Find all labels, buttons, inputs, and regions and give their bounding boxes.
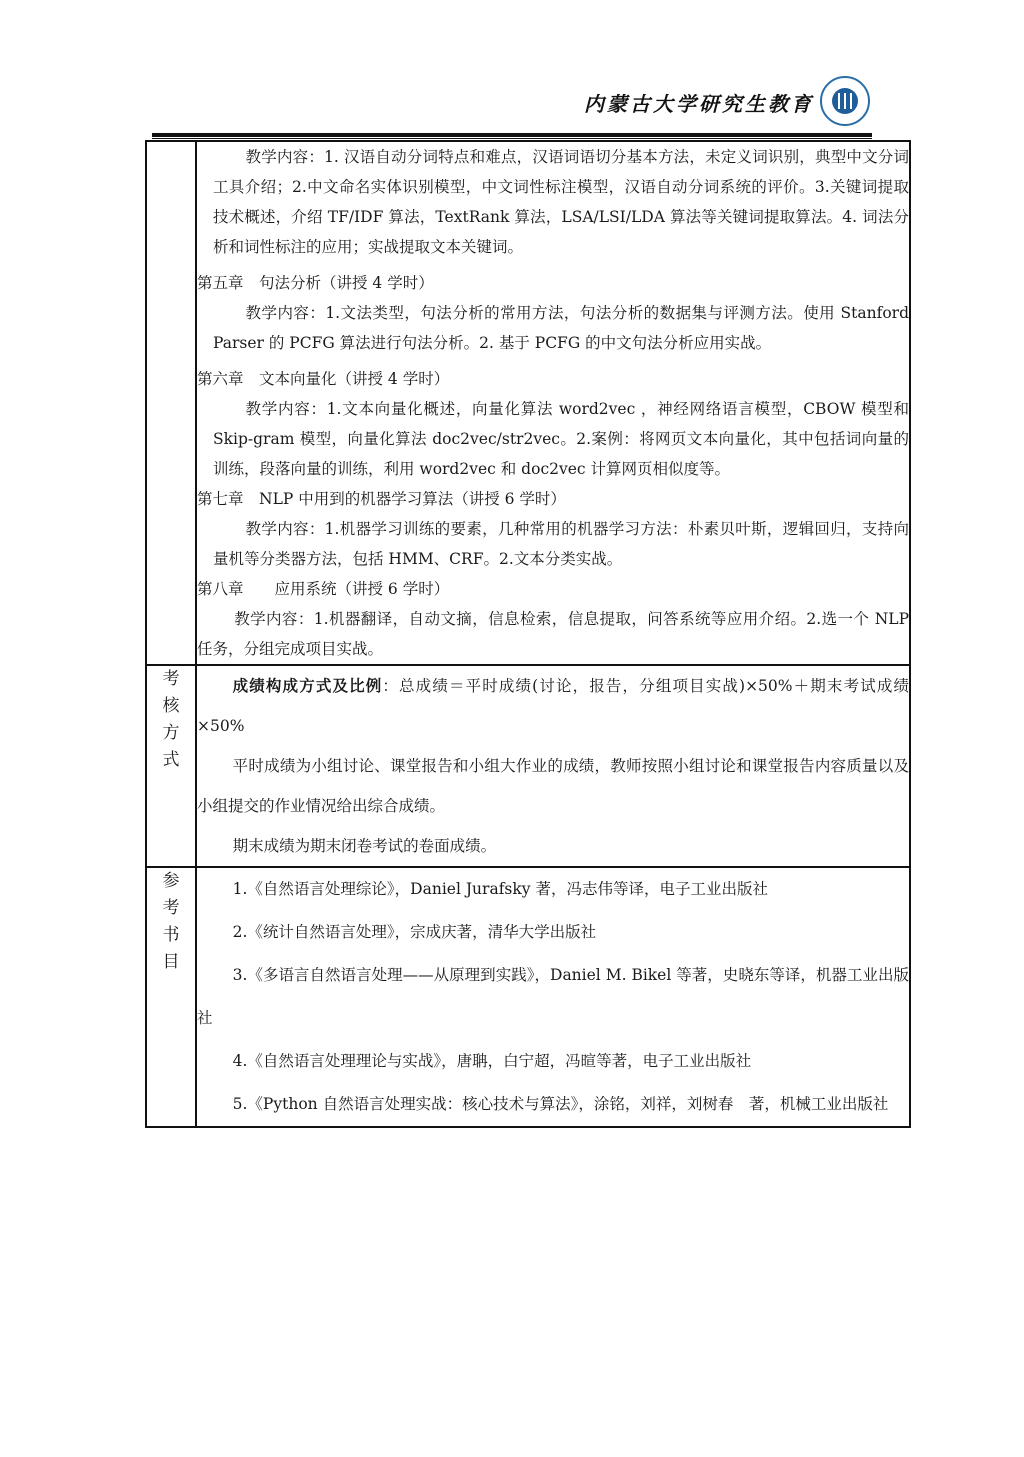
page-header: 内蒙古大学研究生教育: [150, 72, 874, 134]
content-label-cell: [146, 141, 196, 665]
university-seal-icon: [820, 76, 870, 126]
chapter-7-content: 教学内容：1.机器学习训练的要素，几种常用的机器学习方法：朴素贝叶斯，逻辑回归，…: [197, 514, 909, 574]
references-label-cell: 参 考 书 目: [146, 867, 196, 1127]
chapter-8-title: 第八章 应用系统（讲授 6 学时）: [197, 574, 909, 604]
chapter-7-title: 第七章 NLP 中用到的机器学习算法（讲授 6 学时）: [197, 484, 909, 514]
grade-composition: 成绩构成方式及比例：总成绩＝平时成绩(讨论，报告，分组项目实战)×50%＋期末考…: [197, 666, 909, 746]
row-references: 参 考 书 目 1.《自然语言处理综论》，Daniel Jurafsky 著，冯…: [146, 867, 910, 1127]
reference-item: 2.《统计自然语言处理》，宗成庆著，清华大学出版社: [197, 911, 909, 954]
reference-item: 4.《自然语言处理理论与实战》，唐聃，白宁超，冯暄等著，电子工业出版社: [197, 1040, 909, 1083]
header-rule-thick: [152, 133, 872, 137]
course-content-cell: 教学内容：1. 汉语自动分词特点和难点，汉语词语切分基本方法，未定义词识别，典型…: [196, 141, 910, 665]
header-title: 内蒙古大学研究生教育: [584, 88, 814, 117]
row-course-content: 教学内容：1. 汉语自动分词特点和难点，汉语词语切分基本方法，未定义词识别，典型…: [146, 141, 910, 665]
chapter-5-title: 第五章 句法分析（讲授 4 学时）: [197, 268, 909, 298]
reference-item: 3.《多语言自然语言处理——从原理到实践》，Daniel M. Bikel 等著…: [197, 954, 909, 1040]
references-cell: 1.《自然语言处理综论》，Daniel Jurafsky 著，冯志伟等译，电子工…: [196, 867, 910, 1127]
chapter-6-content: 教学内容：1.文本向量化概述，向量化算法 word2vec ，神经网络语言模型，…: [197, 394, 909, 484]
final-grade-desc: 期末成绩为期末闭卷考试的卷面成绩。: [197, 826, 909, 866]
references-label: 参 考 书 目: [163, 868, 180, 976]
chapter-4-content: 教学内容：1. 汉语自动分词特点和难点，汉语词语切分基本方法，未定义词识别，典型…: [197, 142, 909, 262]
grade-composition-heading: 成绩构成方式及比例: [233, 676, 383, 695]
chapter-6-title: 第六章 文本向量化（讲授 4 学时）: [197, 364, 909, 394]
assessment-cell: 成绩构成方式及比例：总成绩＝平时成绩(讨论，报告，分组项目实战)×50%＋期末考…: [196, 665, 910, 867]
assessment-label-cell: 考 核 方 式: [146, 665, 196, 867]
header-rule-thin: [152, 138, 872, 139]
reference-item: 5.《Python 自然语言处理实战：核心技术与算法》，涂铭，刘祥，刘树春 著，…: [197, 1083, 909, 1126]
reference-item: 1.《自然语言处理综论》，Daniel Jurafsky 著，冯志伟等译，电子工…: [197, 868, 909, 911]
row-assessment: 考 核 方 式 成绩构成方式及比例：总成绩＝平时成绩(讨论，报告，分组项目实战)…: [146, 665, 910, 867]
assessment-label: 考 核 方 式: [163, 666, 180, 774]
regular-grade-desc: 平时成绩为小组讨论、课堂报告和小组大作业的成绩，教师按照小组讨论和课堂报告内容质…: [197, 746, 909, 826]
chapter-8-content: 教学内容：1.机器翻译，自动文摘，信息检索，信息提取，问答系统等应用介绍。2.选…: [197, 604, 909, 664]
chapter-5-content: 教学内容：1.文法类型，句法分析的常用方法，句法分析的数据集与评测方法。使用 S…: [197, 298, 909, 358]
syllabus-table: 教学内容：1. 汉语自动分词特点和难点，汉语词语切分基本方法，未定义词识别，典型…: [145, 140, 911, 1128]
